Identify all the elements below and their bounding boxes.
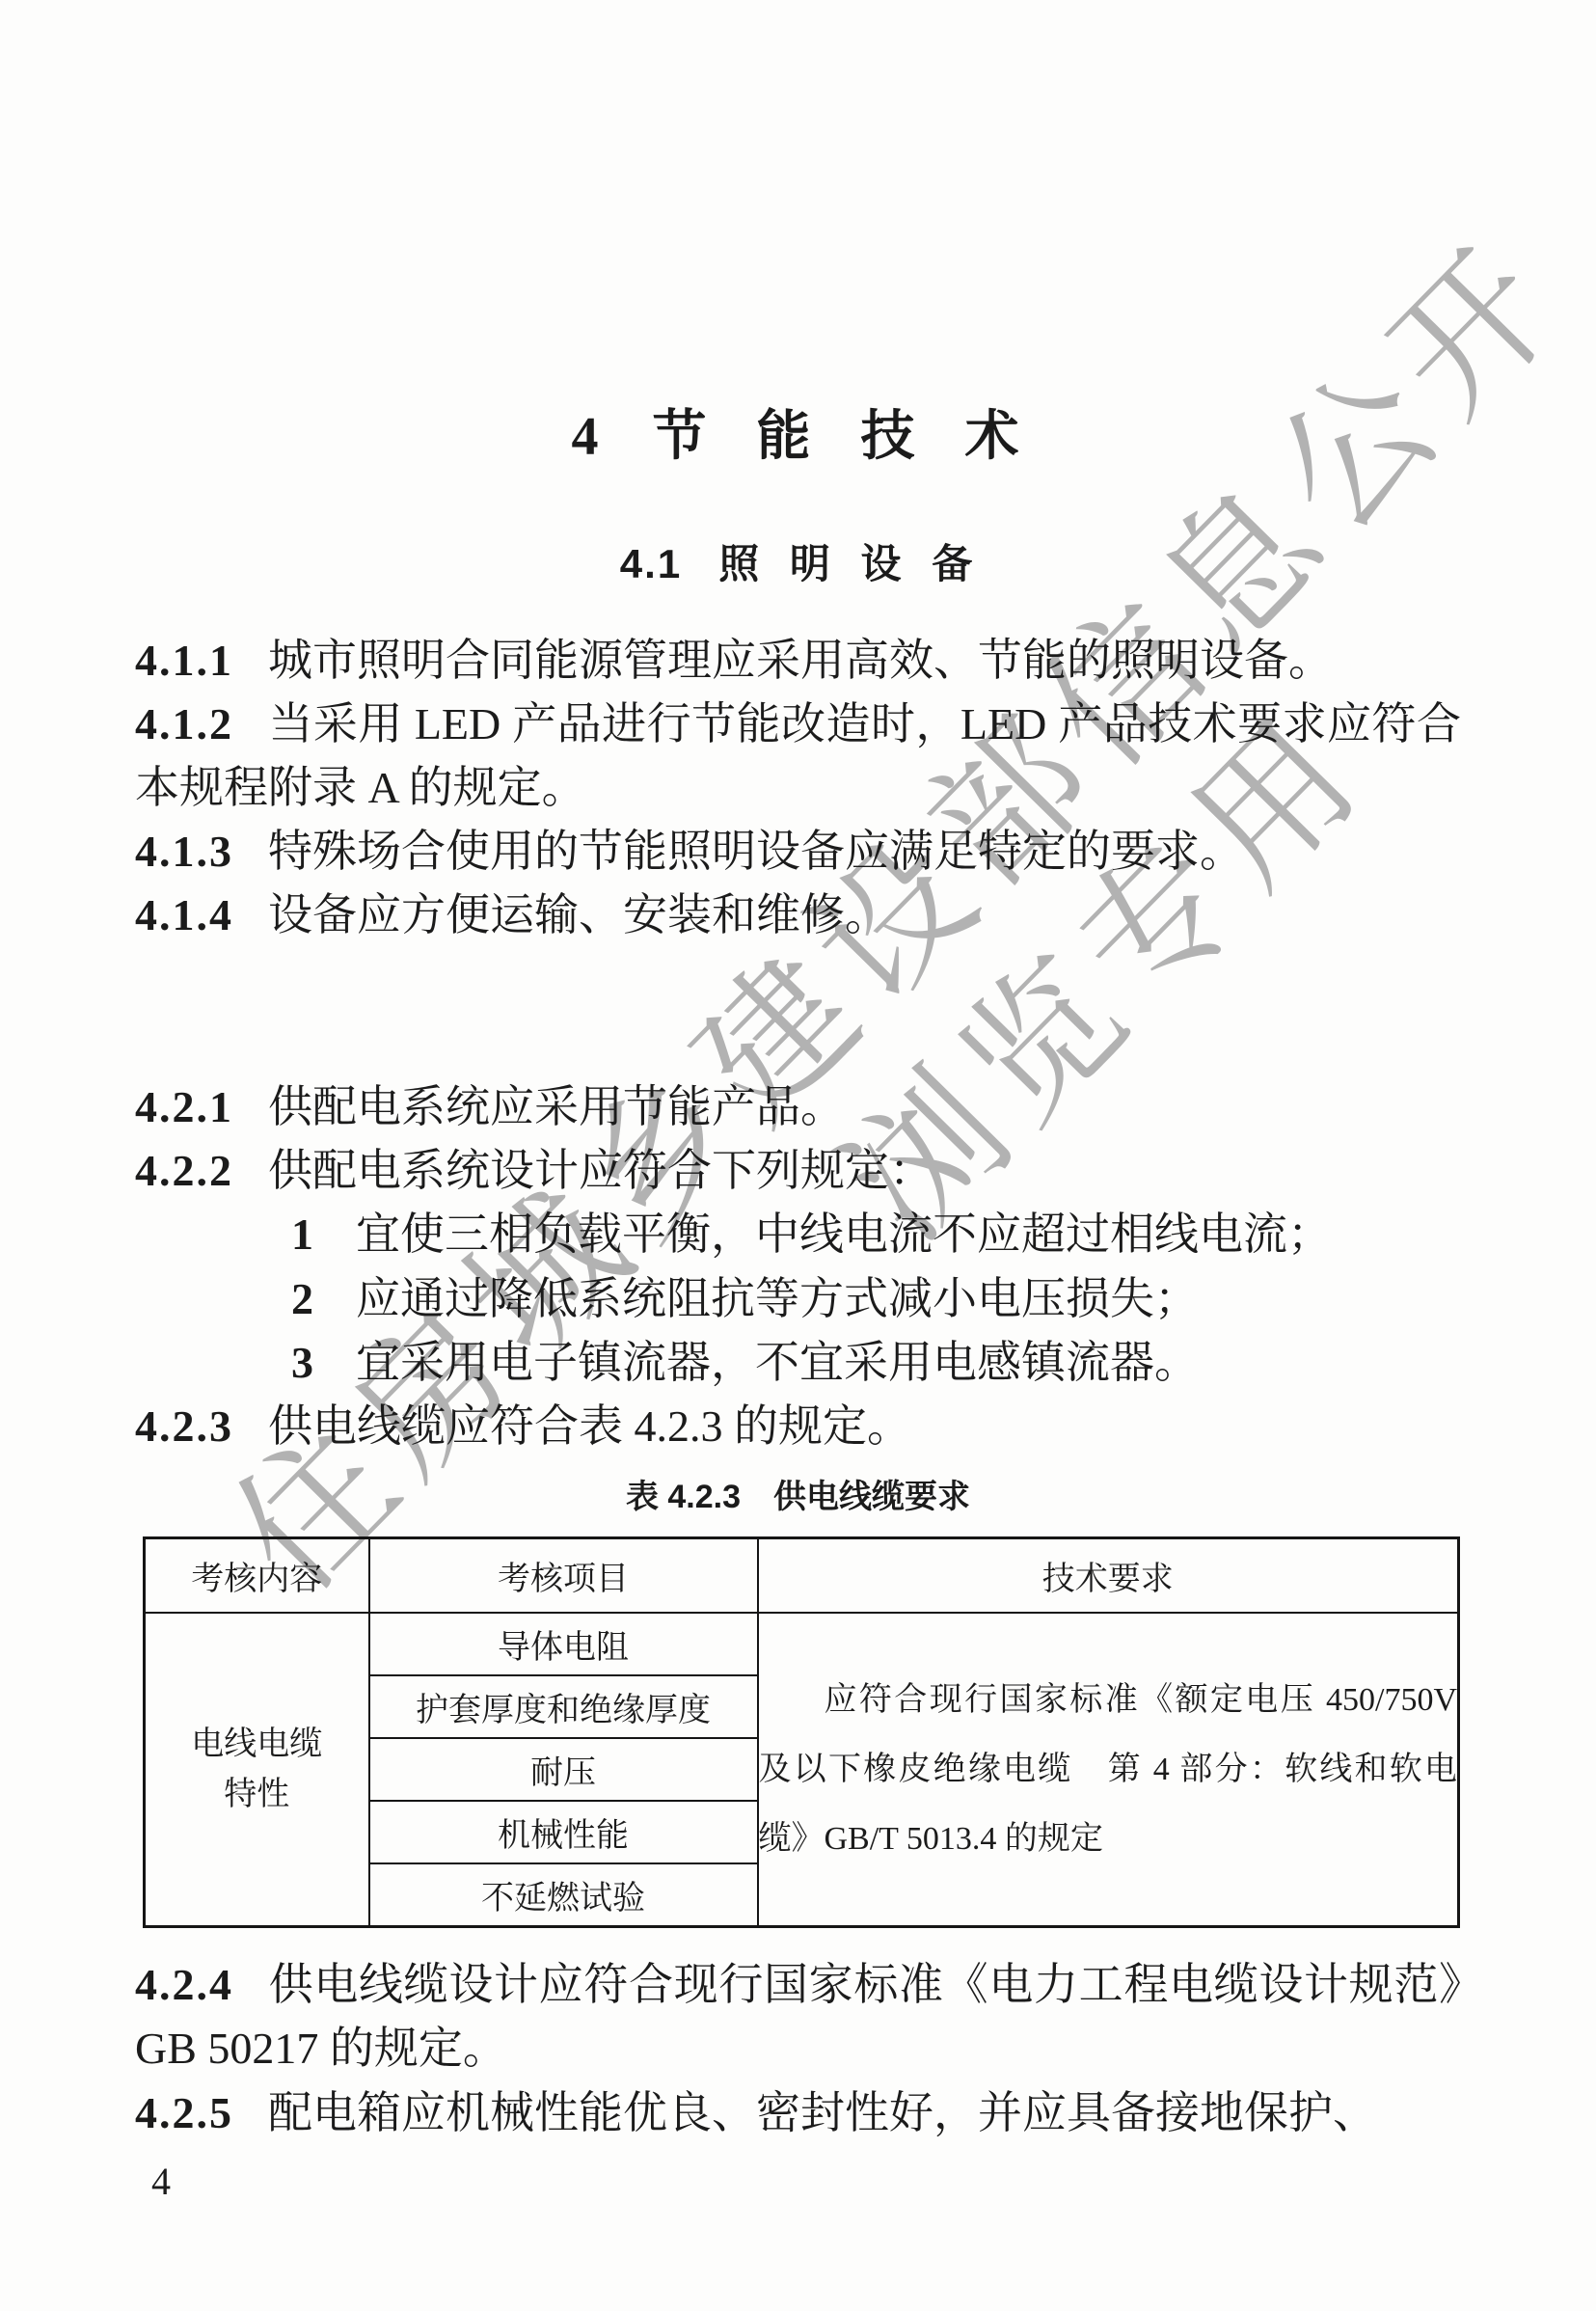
clause-number: 4.2.3 [135,1401,233,1451]
clause-4-2-1: 4.2.1供配电系统应采用节能产品。 [135,1075,1461,1139]
subclause-number: 1 [291,1210,315,1259]
table-caption: 表 4.2.3 供电线缆要求 [0,1473,1596,1521]
item-cell: 护套厚度和绝缘厚度 [369,1675,758,1738]
clause-4-2-2: 4.2.2供配电系统设计应符合下列规定： [135,1139,1461,1203]
clause-text: 城市照明合同能源管理应采用高效、节能的照明设备。 [268,636,1333,685]
clause-text: 设备应方便运输、安装和维修。 [268,890,889,939]
clause-text: 特殊场合使用的节能照明设备应满足特定的要求。 [268,827,1244,876]
clause-4-1-2: 4.1.2当采用 LED 产品进行节能改造时，LED 产品技术要求应符合本规程附… [135,693,1461,820]
clause-number: 4.2.1 [135,1082,233,1131]
header-cell-item: 考核项目 [369,1538,758,1614]
clause-4-2-4: 4.2.4供电线缆设计应符合现行国家标准《电力工程电缆设计规范》GB 50217… [135,1953,1461,2080]
item-cell: 不延燃试验 [369,1863,758,1927]
requirement-cell: 应符合现行国家标准《额定电压 450/750V 及以下橡皮绝缘电缆 第 4 部分… [758,1613,1459,1927]
subclause-number: 3 [291,1338,315,1387]
spec-table: 考核内容 考核项目 技术要求 电线电缆特性 导体电阻 应符合现行国家标准《额定电… [143,1536,1460,1928]
requirement-text: 应符合现行国家标准《额定电压 450/750V 及以下橡皮绝缘电缆 第 4 部分… [759,1666,1458,1874]
clause-number: 4.1.1 [135,636,233,685]
clause-4-1-3: 4.1.3特殊场合使用的节能照明设备应满足特定的要求。 [135,820,1461,884]
clause-number: 4.1.3 [135,827,233,876]
clause-number: 4.2.5 [135,2088,233,2137]
subclause-text: 应通过降低系统阻抗等方式减小电压损失； [356,1274,1199,1323]
chapter-heading: 4节 能 技 术 [0,394,1596,471]
clause-number: 4.2.4 [135,1960,233,2009]
page-number: 4 [151,2159,171,2205]
clause-4-1-4: 4.1.4设备应方便运输、安装和维修。 [135,884,1461,947]
item-cell: 机械性能 [369,1801,758,1863]
item-cell: 导体电阻 [369,1613,758,1675]
clause-4-2-3: 4.2.3供电线缆应符合表 4.2.3 的规定。 [135,1395,1461,1458]
clause-text: 供电线缆应符合表 4.2.3 的规定。 [268,1401,911,1451]
group-cell: 电线电缆特性 [145,1613,369,1927]
chapter-number: 4 [572,407,601,467]
subclause-3: 3宜采用电子镇流器，不宜采用电感镇流器。 [135,1331,1461,1395]
clause-text: 当采用 LED 产品进行节能改造时，LED 产品技术要求应符合本规程附录 A 的… [135,699,1461,812]
section-heading-4-2 [0,995,1596,1042]
group-label: 电线电缆特性 [184,1720,329,1820]
clause-text: 配电箱应机械性能优良、密封性好，并应具备接地保护、 [268,2088,1377,2137]
chapter-title: 节 能 技 术 [653,407,1025,467]
section-heading-4-1: 4.1照 明 设 备 [0,532,1596,590]
clause-4-1-1: 4.1.1城市照明合同能源管理应采用高效、节能的照明设备。 [135,629,1461,693]
clause-text: 供电线缆设计应符合现行国家标准《电力工程电缆设计规范》GB 50217 的规定。 [135,1960,1461,2073]
clause-number: 4.2.2 [135,1146,233,1195]
section-number: 4.1 [620,541,682,586]
subclause-text: 宜使三相负载平衡，中线电流不应超过相线电流； [356,1210,1332,1259]
subclause-number: 2 [291,1274,315,1323]
clause-text: 供配电系统应采用节能产品。 [268,1082,845,1131]
subclause-text: 宜采用电子镇流器，不宜采用电感镇流器。 [356,1338,1199,1387]
header-cell-requirement: 技术要求 [758,1538,1459,1614]
clause-number: 4.1.4 [135,890,233,939]
document-page: 住房城乡建设部信息公开 浏览专用 4节 能 技 术 4.1照 明 设 备 4.1… [0,0,1596,2311]
clause-number: 4.1.2 [135,699,233,748]
clause-4-2-5: 4.2.5配电箱应机械性能优良、密封性好，并应具备接地保护、 [135,2081,1461,2145]
subclause-1: 1宜使三相负载平衡，中线电流不应超过相线电流； [135,1203,1461,1266]
item-cell: 耐压 [369,1738,758,1801]
subclause-2: 2应通过降低系统阻抗等方式减小电压损失； [135,1267,1461,1331]
table-header-row: 考核内容 考核项目 技术要求 [145,1538,1459,1614]
content-layer: 4节 能 技 术 4.1照 明 设 备 4.1.1城市照明合同能源管理应采用高效… [0,0,1596,2311]
header-cell-content: 考核内容 [145,1538,369,1614]
section-title: 照 明 设 备 [718,541,976,586]
table-row: 电线电缆特性 导体电阻 应符合现行国家标准《额定电压 450/750V 及以下橡… [145,1613,1459,1675]
clause-text: 供配电系统设计应符合下列规定： [268,1146,933,1195]
